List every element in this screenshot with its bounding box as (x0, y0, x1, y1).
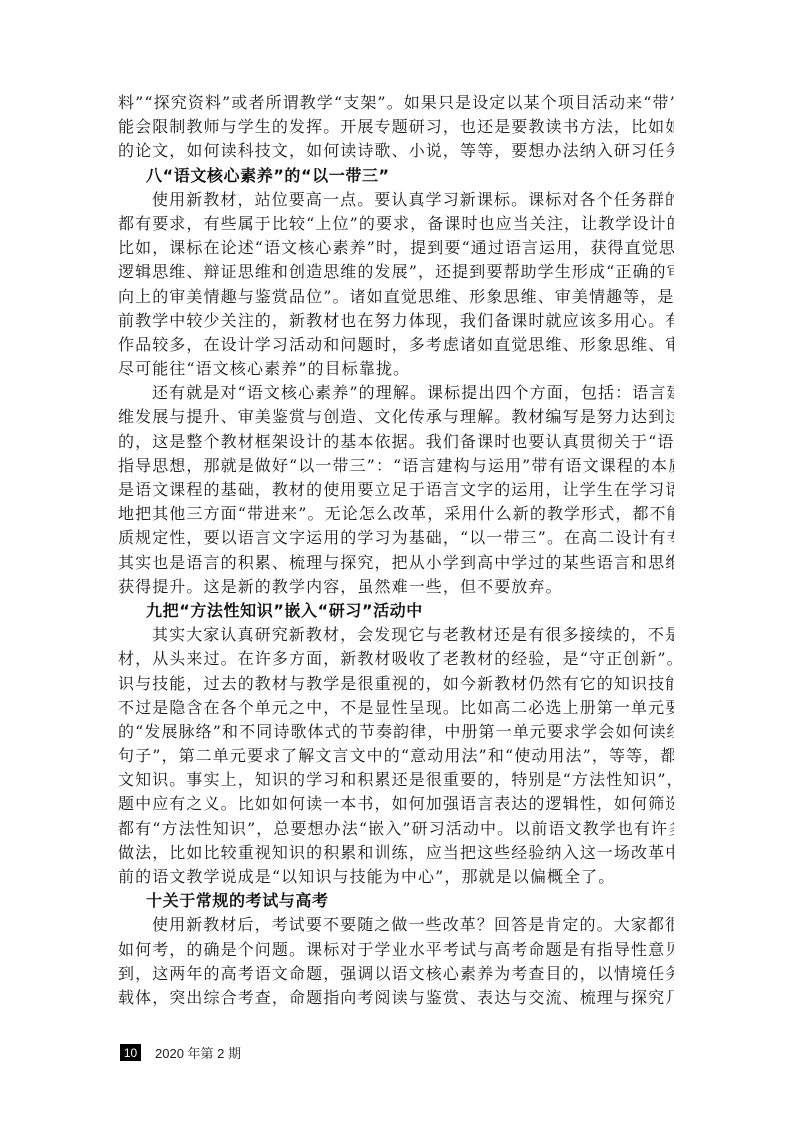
issue-label: 2020 年第 2 期 (155, 1043, 241, 1062)
text-line: 地把其他三方面“带进来”。无论怎么改革，采用什么新的教学形式，都不能脱离语文的本 (118, 502, 674, 526)
paragraph-start-line: 使用新教材后，考试要不要随之做一些改革？回答是肯定的。大家都很看重考试，但是 (118, 913, 674, 937)
article-body: 料”“探究资料”或者所谓教学“支架”。如果只是设定以某个项目活动来“带”课文，可… (118, 91, 674, 1010)
text-line: 质规定性，要以语言文字运用的学习为基础，“以一带三”。在高二设计有专门的逻辑单元… (118, 526, 674, 550)
text-line: 是语文课程的基础，教材的使用要立足于语言文字的运用，让学生在学习语言过程中很自然 (118, 478, 674, 502)
text-line: 前的语文教学说成是“以知识与技能为中心”，那就是以偏概全了。 (118, 865, 674, 889)
text-line: 的，这是整个教材框架设计的基本依据。我们备课时也要认真贯彻关于“语文核心素养”的 (118, 430, 674, 454)
text-line: 指导思想，那就是做好“以一带三”：“语言建构与运用”带有语文课程的本质规定性，也 (118, 454, 674, 478)
text-line: 的论文，如何读科技文，如何读诗歌、小说，等等，要想办法纳入研习任务中。 (118, 139, 674, 163)
text-line: 文知识。事实上，知识的学习和积累还是很重要的，特别是“方法性知识”，是语文教学的 (118, 768, 674, 792)
text-line: 题中应有之义。比如如何读一本书，如何加强语言表达的逻辑性，如何筛选信息，等等，也 (118, 792, 674, 816)
text-line: 都有要求，有些属于比较“上位”的要求，备课时也应当关注，让教学设计的方向更加明确… (118, 212, 674, 236)
text-line: 能会限制教师与学生的发挥。开展专题研习，也还是要教读书方法，比如如何读理论性较强 (118, 115, 674, 139)
text-line: 如何考，的确是个问题。课标对于学业水平考试与高考命题是有指导性意见的。大家也注意 (118, 938, 674, 962)
text-line: 作品较多，在设计学习活动和问题时，多考虑诸如直觉思维、形象思维、审美情趣等的培养… (118, 333, 674, 357)
text-line: 料”“探究资料”或者所谓教学“支架”。如果只是设定以某个项目活动来“带”课文，可 (118, 91, 674, 115)
text-line: 维发展与提升、审美鉴赏与创造、文化传承与理解。教材编写是努力达到这个总体内容目标 (118, 405, 674, 429)
text-line: 比如，课标在论述“语文核心素养”时，提到要“通过语言运用，获得直觉思维、形象思维… (118, 236, 674, 260)
text-line: 的“发展脉络”和不同诗歌体式的节奏韵律，中册第一单元要求学会如何读经典翻译的“长 (118, 720, 674, 744)
text-line: 前教学中较少关注的，新教材也在努力体现，我们备课时就应该多用心。有些单元阅读文学 (118, 309, 674, 333)
text-line: 到，这两年的高考语文命题，强调以语文核心素养为考查目的，以情境任务作为试题的主要 (118, 962, 674, 986)
section-heading: 八“语文核心素养”的“以一带三” (118, 164, 674, 188)
text-line: 尽可能往“语文核心素养”的目标靠拢。 (118, 357, 674, 381)
text-line: 句子”，第二单元要求了解文言文中的“意动用法”和“使动用法”，等等，都是必要的语 (118, 744, 674, 768)
text-line: 识与技能，过去的教材与教学是很重视的，如今新教材仍然有它的知识技能的学习体系，只 (118, 672, 674, 696)
paragraph-start-line: 其实大家认真研究新教材，会发现它与老教材还是有很多接续的，不是要颠覆以前的教 (118, 623, 674, 647)
text-line: 不过是隐含在各个单元之中，不是显性呈现。比如高二必选上册第一单元要求了解古典诗歌 (118, 696, 674, 720)
text-line: 逻辑思维、辩证思维和创造思维的发展”，还提到要帮助学生形成“正确的审美意识、健康 (118, 260, 674, 284)
document-page: 料”“探究资料”或者所谓教学“支架”。如果只是设定以某个项目活动来“带”课文，可… (0, 0, 793, 1122)
page-footer: 10 2020 年第 2 期 (120, 1044, 241, 1061)
page-number-badge: 10 (120, 1044, 141, 1061)
section-heading: 九把“方法性知识”嵌入“研习”活动中 (118, 599, 674, 623)
text-line: 获得提升。这是新的教学内容，虽然难一些，但不要放弃。 (118, 575, 674, 599)
text-line: 其实也是语言的积累、梳理与探究，把从小学到高中学过的某些语言和思维现象集中梳理， (118, 551, 674, 575)
paragraph-start-line: 还有就是对“语文核心素养”的理解。课标提出四个方面，包括：语言建构与运用、思 (118, 381, 674, 405)
text-line: 材，从头来过。在许多方面，新教材吸收了老教材的经验，是“守正创新”。比如语文的知 (118, 647, 674, 671)
text-line: 向上的审美情趣与鉴赏品位”。诸如直觉思维、形象思维、审美情趣等，是新提法，我们以 (118, 285, 674, 309)
section-heading: 十关于常规的考试与高考 (118, 889, 674, 913)
text-line: 都有“方法性知识”，总要想办法“嵌入”研习活动中。以前语文教学也有许多好的经验和 (118, 817, 674, 841)
paragraph-start-line: 使用新教材，站位要高一点。要认真学习新课标。课标对各个任务群的教学功能、目标 (118, 188, 674, 212)
text-line: 载体，突出综合考查，命题指向考阅读与鉴赏、表达与交流、梳理与探究几方面内容。但是 (118, 986, 674, 1010)
text-line: 做法，比如比较重视知识的积累和训练，应当把这些经验纳入这一场改革中。不要动辄把以 (118, 841, 674, 865)
